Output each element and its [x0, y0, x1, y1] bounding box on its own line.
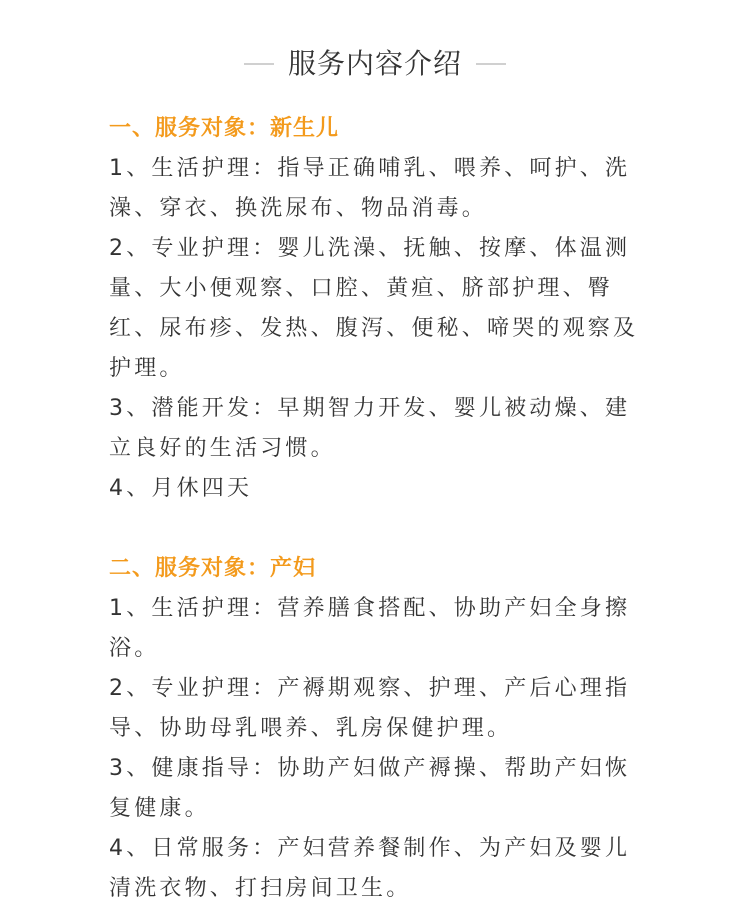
list-item: 2、专业护理：产褥期观察、护理、产后心理指导、协助母乳喂养、乳房保健护理。: [109, 669, 641, 749]
list-item: 3、健康指导：协助产妇做产褥操、帮助产妇恢复健康。: [109, 749, 641, 829]
list-item: 1、生活护理：营养膳食搭配、协助产妇全身擦浴。: [109, 589, 641, 669]
title-divider-left: [244, 63, 274, 65]
list-item: 4、月休四天: [109, 469, 641, 509]
section-mother: 二、服务对象：产妇 1、生活护理：营养膳食搭配、协助产妇全身擦浴。 2、专业护理…: [109, 549, 641, 909]
section-newborn: 一、服务对象：新生儿 1、生活护理：指导正确哺乳、喂养、呵护、洗澡、穿衣、换洗尿…: [109, 109, 641, 509]
section-heading: 一、服务对象：新生儿: [109, 109, 641, 149]
list-item: 1、生活护理：指导正确哺乳、喂养、呵护、洗澡、穿衣、换洗尿布、物品消毒。: [109, 149, 641, 229]
service-intro-page: 服务内容介绍 一、服务对象：新生儿 1、生活护理：指导正确哺乳、喂养、呵护、洗澡…: [0, 0, 750, 924]
page-title: 服务内容介绍: [288, 40, 462, 88]
list-item: 3、潜能开发：早期智力开发、婴儿被动燥、建立良好的生活习惯。: [109, 389, 641, 469]
list-item: 2、专业护理：婴儿洗澡、抚触、按摩、体温测量、大小便观察、口腔、黄疸、脐部护理、…: [109, 229, 641, 389]
section-heading: 二、服务对象：产妇: [109, 549, 641, 589]
title-divider-right: [476, 63, 506, 65]
content-body: 一、服务对象：新生儿 1、生活护理：指导正确哺乳、喂养、呵护、洗澡、穿衣、换洗尿…: [109, 109, 641, 909]
title-row: 服务内容介绍: [0, 40, 750, 88]
list-item: 4、日常服务：产妇营养餐制作、为产妇及婴儿清洗衣物、打扫房间卫生。: [109, 829, 641, 909]
section-spacer: [109, 509, 641, 549]
